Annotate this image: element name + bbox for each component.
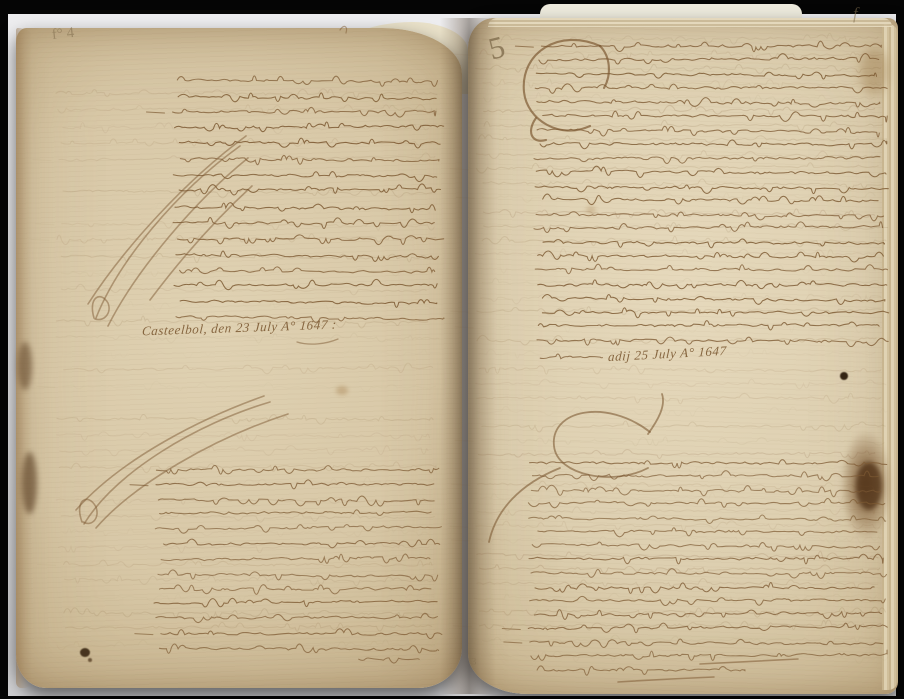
manuscript-photo: f° 4 5 f 3 Casteelbol, den 23 July A° 16… <box>0 0 904 699</box>
page-edge-stack-right <box>882 24 898 690</box>
page-edge-stack-top <box>488 18 892 27</box>
gutter-shadow <box>440 18 496 694</box>
gutter-number: 3 <box>471 656 477 668</box>
folio-number: f° 4 <box>51 25 75 44</box>
left-page <box>16 28 462 688</box>
corner-mark: f <box>853 4 858 24</box>
left-page-deckle-edge <box>16 28 32 688</box>
